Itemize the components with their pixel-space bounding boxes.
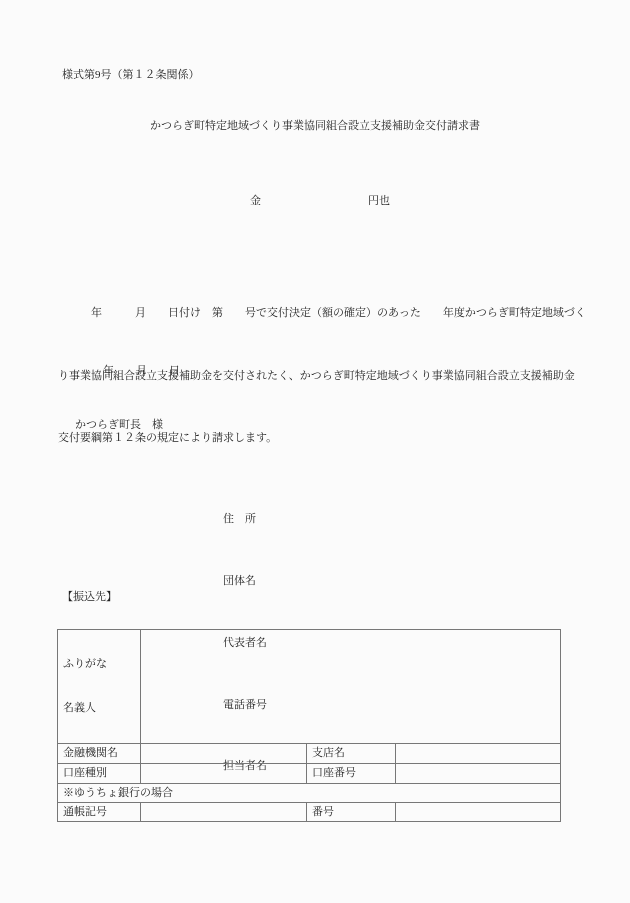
bank-label-cell: 金融機関名 [58, 744, 141, 764]
applicant-address-label: 住 所 [223, 509, 267, 530]
passbook-symbol-label-cell: 通帳記号 [58, 803, 141, 822]
passbook-symbol-value-cell [141, 803, 307, 822]
account-number-label-cell: 口座番号 [307, 764, 396, 784]
transfer-table: ふりがな 名義人 金融機関名 支店名 口座種別 口座番号 [57, 607, 561, 844]
table-row-holder: ふりがな 名義人 [58, 630, 561, 744]
amount-suffix-label: 円也 [368, 196, 390, 207]
document-title: かつらぎ町特定地域づくり事業協同組合設立支援補助金交付請求書 [0, 121, 630, 132]
bank-value-cell [141, 744, 307, 764]
applicant-org-name-label: 団体名 [223, 571, 267, 592]
branch-label-cell: 支店名 [307, 744, 396, 764]
amount-prefix-label: 金 [250, 196, 261, 207]
passbook-number-label-cell: 番号 [307, 803, 396, 822]
account-number-value-cell [396, 764, 561, 784]
table-row-bank: 金融機関名 支店名 [58, 744, 561, 764]
form-number: 様式第9号（第１２条関係） [62, 70, 200, 81]
document-page: 様式第9号（第１２条関係） かつらぎ町特定地域づくり事業協同組合設立支援補助金交… [0, 0, 630, 903]
account-type-label-cell: 口座種別 [58, 764, 141, 784]
passbook-number-value-cell [396, 803, 561, 822]
furigana-label: ふりがな [63, 656, 140, 674]
transfer-section-label: 【振込先】 [62, 592, 117, 603]
furigana-holder-label-cell: ふりがな 名義人 [58, 630, 141, 744]
table-row-passbook: 通帳記号 番号 [58, 803, 561, 822]
account-type-value-cell [141, 764, 307, 784]
body-line-1: 年 月 日付け 第 号で交付決定（額の確定）のあった 年度かつらぎ町特定地域づく [58, 303, 580, 324]
yucho-note-cell: ※ゆうちょ銀行の場合 [58, 784, 561, 803]
table-row-account: 口座種別 口座番号 [58, 764, 561, 784]
addressee-line: かつらぎ町長 様 [75, 420, 163, 431]
table-row-yucho-note: ※ゆうちょ銀行の場合 [58, 784, 561, 803]
holder-label: 名義人 [63, 700, 140, 718]
holder-value-cell [141, 630, 561, 744]
date-line: 年 月 日 [103, 366, 180, 377]
branch-value-cell [396, 744, 561, 764]
